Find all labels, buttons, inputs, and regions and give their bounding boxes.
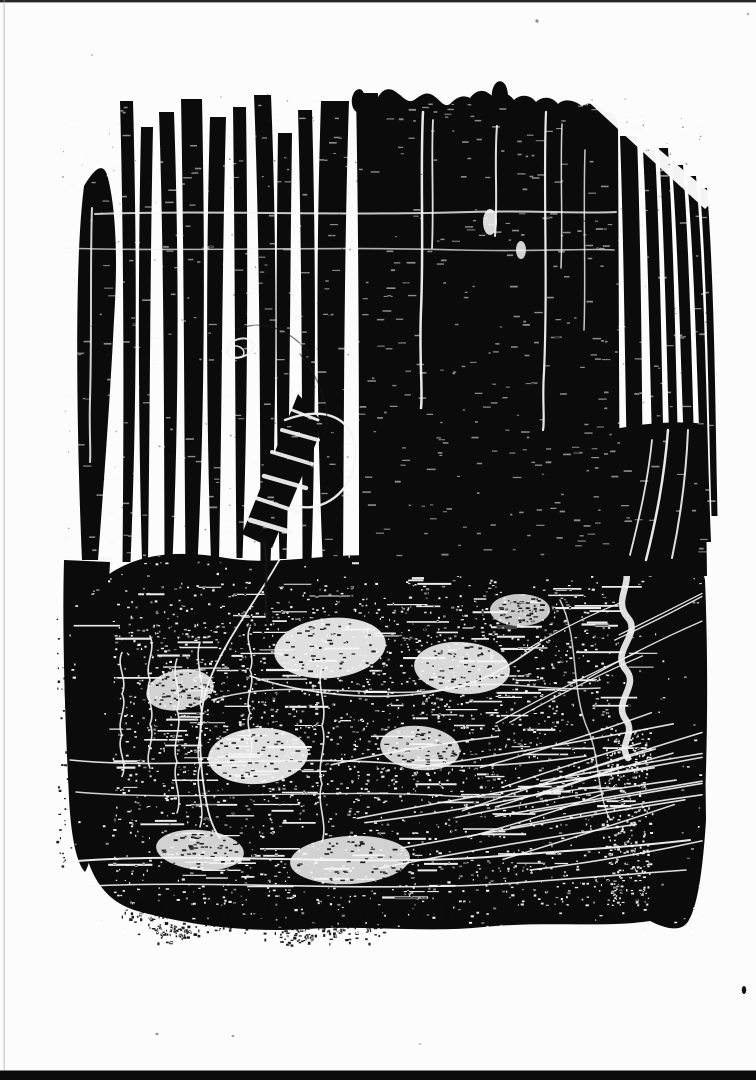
scanned-page: Abstract black ink monotype print on whi…: [0, 0, 756, 1080]
artwork-canvas: [0, 0, 756, 1080]
